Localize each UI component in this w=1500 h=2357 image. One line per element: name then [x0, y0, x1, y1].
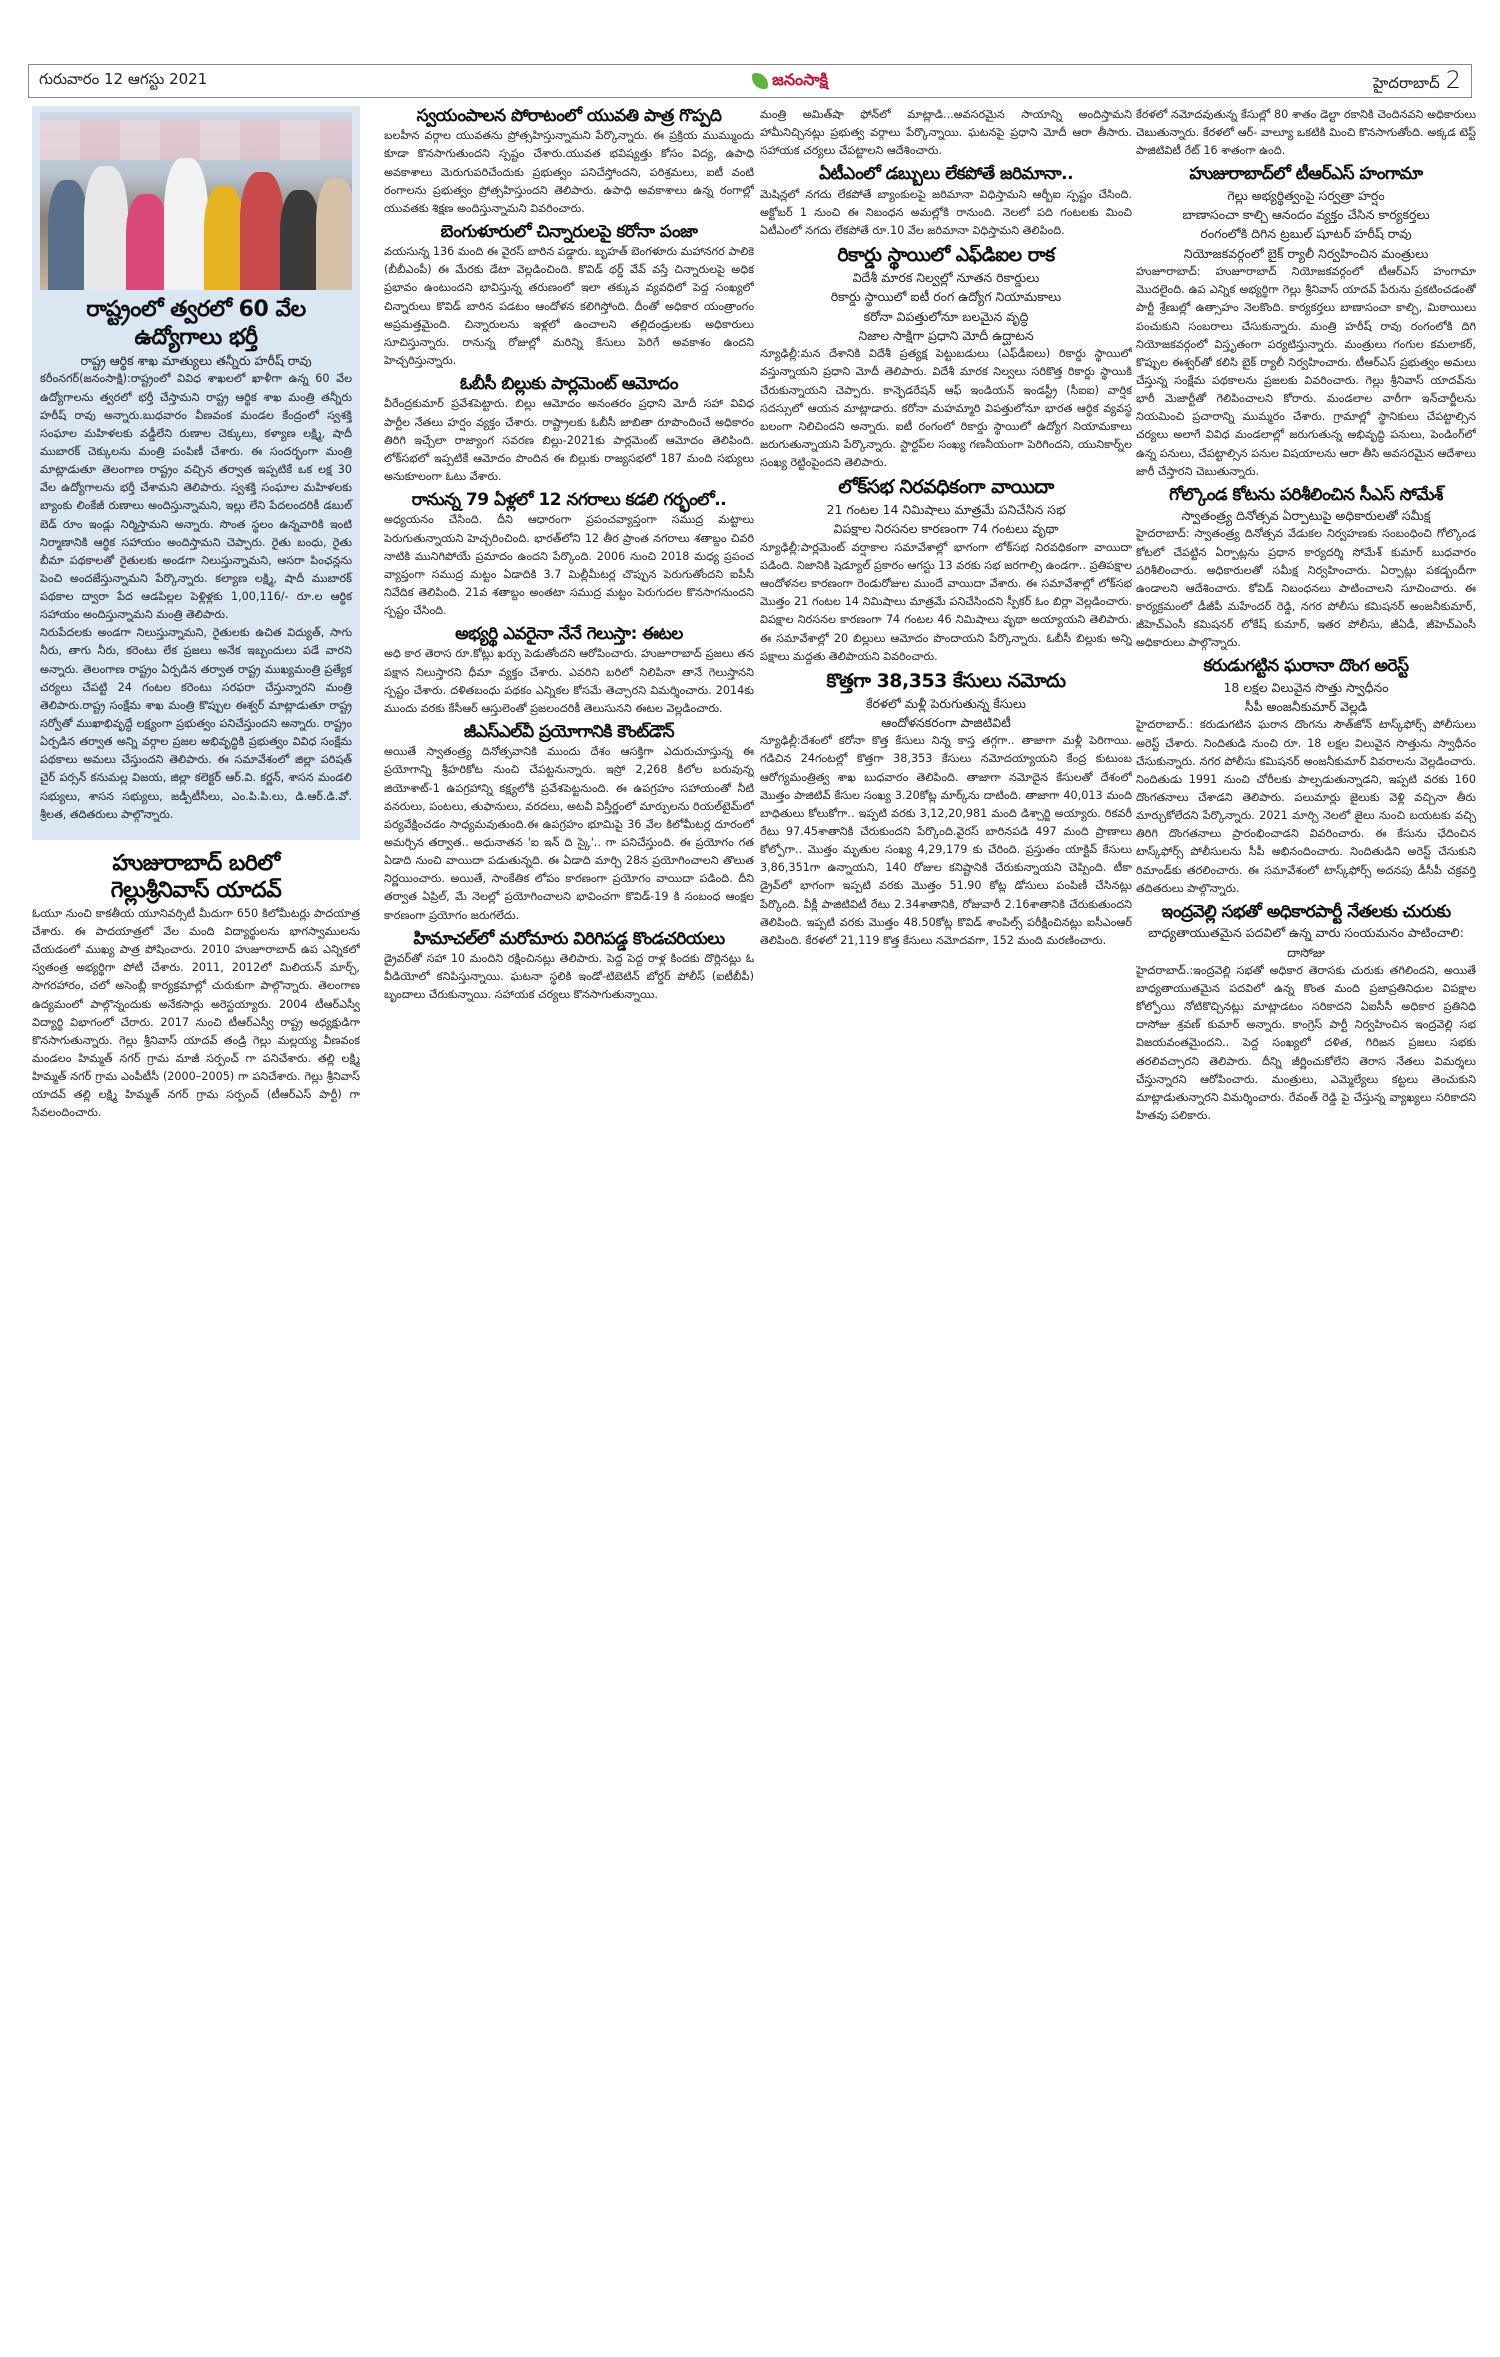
headline-obc-bill: ఓబీసీ బిల్లుకు పార్లమెంట్ ఆమోదం [384, 374, 754, 395]
article-body: అధ్యయనం చేసింది. దీని ఆధారంగా ప్రపంచవ్యా… [384, 511, 754, 620]
subhead-jobs: రాష్ట్ర ఆర్థిక శాఖ మాత్యులు తన్నీరు హరీష… [40, 351, 352, 370]
headline-atm-fine: ఏటీఎంలో డబ్బులు లేకపోతే జరిమానా.. [760, 164, 1132, 185]
subhead: సీపీ అంజనీకుమార్ వెల్లడి [1136, 697, 1476, 716]
subhead: 21 గంటల 14 నిమిషాలు మాత్రమే పనిచేసిన సభ [760, 500, 1132, 519]
article-body: కరీంనగర్(జనంసాక్షి):రాష్ట్రంలో వివిధ శాఖ… [40, 370, 352, 624]
article-body: మెషిన్లలో నగదు లేకపోతే బ్యాంకులపై జరిమాన… [760, 186, 1132, 240]
event-photo [40, 112, 352, 290]
subhead: బాణాసంచా కాల్చి ఆనందం వ్యక్తం చేసిన కార్… [1136, 205, 1476, 224]
headline-etela: అభ్యర్థి ఎవరైనా నేనే గెలుస్తా: ఈటల [384, 624, 754, 645]
subhead: ఆందోళనకరంగా పాజిటివిటీ [760, 713, 1132, 732]
headline-huzurabad-candidate-2: గెల్లుశ్రీనివాస్ యాదవ్ [32, 877, 360, 905]
article-body: ఓయూ నుంచి కాకతీయ యూనివర్సిటీ మీదుగా 650 … [32, 905, 360, 1123]
headline-golconda-cs: గోల్కొండ కోటను పరిశీలించిన సీఎస్ సోమేశ్ [1136, 485, 1476, 506]
subhead: గెల్లు అభ్యర్థిత్వంపై సర్వత్రా హర్షం [1136, 186, 1476, 205]
article-body: మంత్రి అమిత్‌షా ఫోన్‌లో మాట్లాడి...అవసరమ… [760, 106, 1132, 160]
headline-covid-cases: కొత్తగా 38,353 కేసులు నమోదు [760, 670, 1132, 694]
edition-city: హైదరాబాద్ [1373, 74, 1440, 96]
subhead: కరోనా విపత్తులోనూ బలమైన వృద్ధి [760, 307, 1132, 326]
photo-banner [40, 120, 352, 160]
headline-huzurabad-trs: హుజురాబాద్‌లో టీఆర్ఎస్ హంగామా [1136, 164, 1476, 185]
subhead: విపక్షాల నిరసనల కారణంగా 74 గంటలు వృథా [760, 519, 1132, 538]
headline-gslv: జీఎస్ఎల్‌వీ ప్రయోగానికి కౌంట్‌డౌన్ [384, 722, 754, 743]
column-2: స్వయంపాలన పోరాటంలో యువతి పాత్ర గొప్పది బ… [384, 106, 754, 2332]
headline-indravelli: ఇంద్రవెల్లి సభతో అధికారపార్టీ నేతలకు చుర… [1136, 902, 1476, 923]
story-box-jobs: రాష్ట్రంలో త్వరలో 60 వేల ఉద్యోగాలు భర్తీ… [32, 106, 360, 840]
headline-sea-level: రానున్న 79 ఏళ్లలో 12 నగరాలు కడలి గర్భంలో… [384, 490, 754, 511]
subhead: బాధ్యతాయుతమైన పదవిలో ఉన్న వారు సంయమనం పా… [1136, 923, 1476, 962]
article-body: న్యూఢిల్లీ:దేశంలో కరోనా కొత్త కేసులు నిన… [760, 732, 1132, 950]
newspaper-logo[interactable]: జనంసాక్షి [752, 70, 828, 93]
article-body: హైదరాబాద్.: కరుడుగటిన ఘరాన దొంగను సౌత్‌జ… [1136, 716, 1476, 897]
article-body: వీరేంద్రకుమార్ ప్రవేశపెట్టారు. బిల్లు ఆమ… [384, 395, 754, 486]
article-body: అధి కార తెరాస రూ.కోట్లు ఖర్చు పెడుతోందని… [384, 645, 754, 718]
article-body: బలహీన వర్గాల యువతను ప్రోత్సహిస్తున్నామని… [384, 127, 754, 218]
article-body: హుజూరాబాద్: హుజూరాబాద్ నియోజకవర్గంలో టీఆ… [1136, 263, 1476, 481]
article-body: వయసున్న 136 మంది ఈ వైరస్ బారిన పడ్డారు. … [384, 243, 754, 370]
telangana-map-leaf-icon [752, 73, 768, 89]
subhead: కేరళలో మళ్లీ పెరుగుతున్న కేసులు [760, 694, 1132, 713]
article-body: నిరుపేదలకు అండగా నిలుస్తున్నామని, రైతులక… [40, 624, 352, 824]
headline-thief-arrest: కరుడుగట్టిన ఘరానా దొంగ అరెస్ట్ [1136, 656, 1476, 677]
column-1: రాష్ట్రంలో త్వరలో 60 వేల ఉద్యోగాలు భర్తీ… [32, 106, 360, 2332]
column-4: కేరళలో నమోదవుతున్న కేసుల్లో 80 శాతం డెల్… [1136, 106, 1476, 2332]
headline-bengaluru-covid: బెంగుళూరులో చిన్నారులపై కరోనా పంజా [384, 222, 754, 243]
article-body: హైదరాబాద్.:ఇంద్రవెల్లి సభతో అధికార తెరాస… [1136, 962, 1476, 1125]
subhead: 18 లక్షల విలువైన సొత్తు స్వాధీనం [1136, 678, 1476, 697]
article-body: కేరళలో నమోదవుతున్న కేసుల్లో 80 శాతం డెల్… [1136, 106, 1476, 160]
issue-date: గురువారం 12 ఆగస్టు 2021 [39, 70, 207, 92]
article-body: న్యూఢిల్లీ:పార్లమెంట్ వర్షాకాల సమావేశాల్… [760, 539, 1132, 666]
headline-loksabha-adjourned: లోక్‌సభ నిరవధికంగా వాయిదా [760, 476, 1132, 500]
subhead: నియోజకవర్గంలో బైక్ ర్యాలీ నిర్వహించిన మం… [1136, 244, 1476, 263]
subhead: విదేశీ మారక నిల్వల్లో నూతన రికార్డులు [760, 268, 1132, 287]
article-body: అయితే స్వాతంత్ర్య దినోత్సవానికి ముందు దే… [384, 743, 754, 924]
subhead: స్వాతంత్ర్య దినోత్సవ ఏర్పాటుపై అధికారులత… [1136, 506, 1476, 525]
headline-himachal-landslide: హిమాచల్‌లో మరోమారు విరిగిపడ్డ కొండచరియలు [384, 929, 754, 950]
subhead: రికార్డు స్థాయిలో ఐటీ రంగ ఉద్యోగ నియామకా… [760, 287, 1132, 306]
headline-youth-role: స్వయంపాలన పోరాటంలో యువతి పాత్ర గొప్పది [384, 106, 754, 127]
headline-fdi-record: రికార్డు స్థాయిలో ఎఫ్‌డిఐల రాక [760, 244, 1132, 268]
subhead: రంగంలోకి దిగిన ట్రబుల్ షూటర్ హరీష్ రావు [1136, 224, 1476, 243]
masthead: గురువారం 12 ఆగస్టు 2021 జనంసాక్షి హైదరాబ… [28, 64, 1472, 98]
headline-jobs: రాష్ట్రంలో త్వరలో 60 వేల ఉద్యోగాలు భర్తీ [40, 296, 352, 351]
logo-text: జనంసాక్షి [772, 70, 828, 93]
edition-info: హైదరాబాద్ 2 [1373, 66, 1461, 96]
headline-huzurabad-candidate-1: హుజురాబాద్ బరిలో [32, 850, 360, 878]
article-body: న్యూఢిల్లీ:మన దేశానికి విదేశీ ప్రత్యక్ష … [760, 345, 1132, 472]
column-3: మంత్రి అమిత్‌షా ఫోన్‌లో మాట్లాడి...అవసరమ… [760, 106, 1132, 2332]
article-body: హైదరాబాద్: స్వాతంత్ర్య దినోత్సవ వేడుకల న… [1136, 525, 1476, 652]
article-body: డ్రైవర్‌తో సహా 10 మందిని రక్షించినట్లు త… [384, 950, 754, 1004]
page-number: 2 [1446, 66, 1461, 94]
subhead: నిజాల సాక్షిగా ప్రధాని మోదీ ఉద్ఘాటన [760, 326, 1132, 345]
